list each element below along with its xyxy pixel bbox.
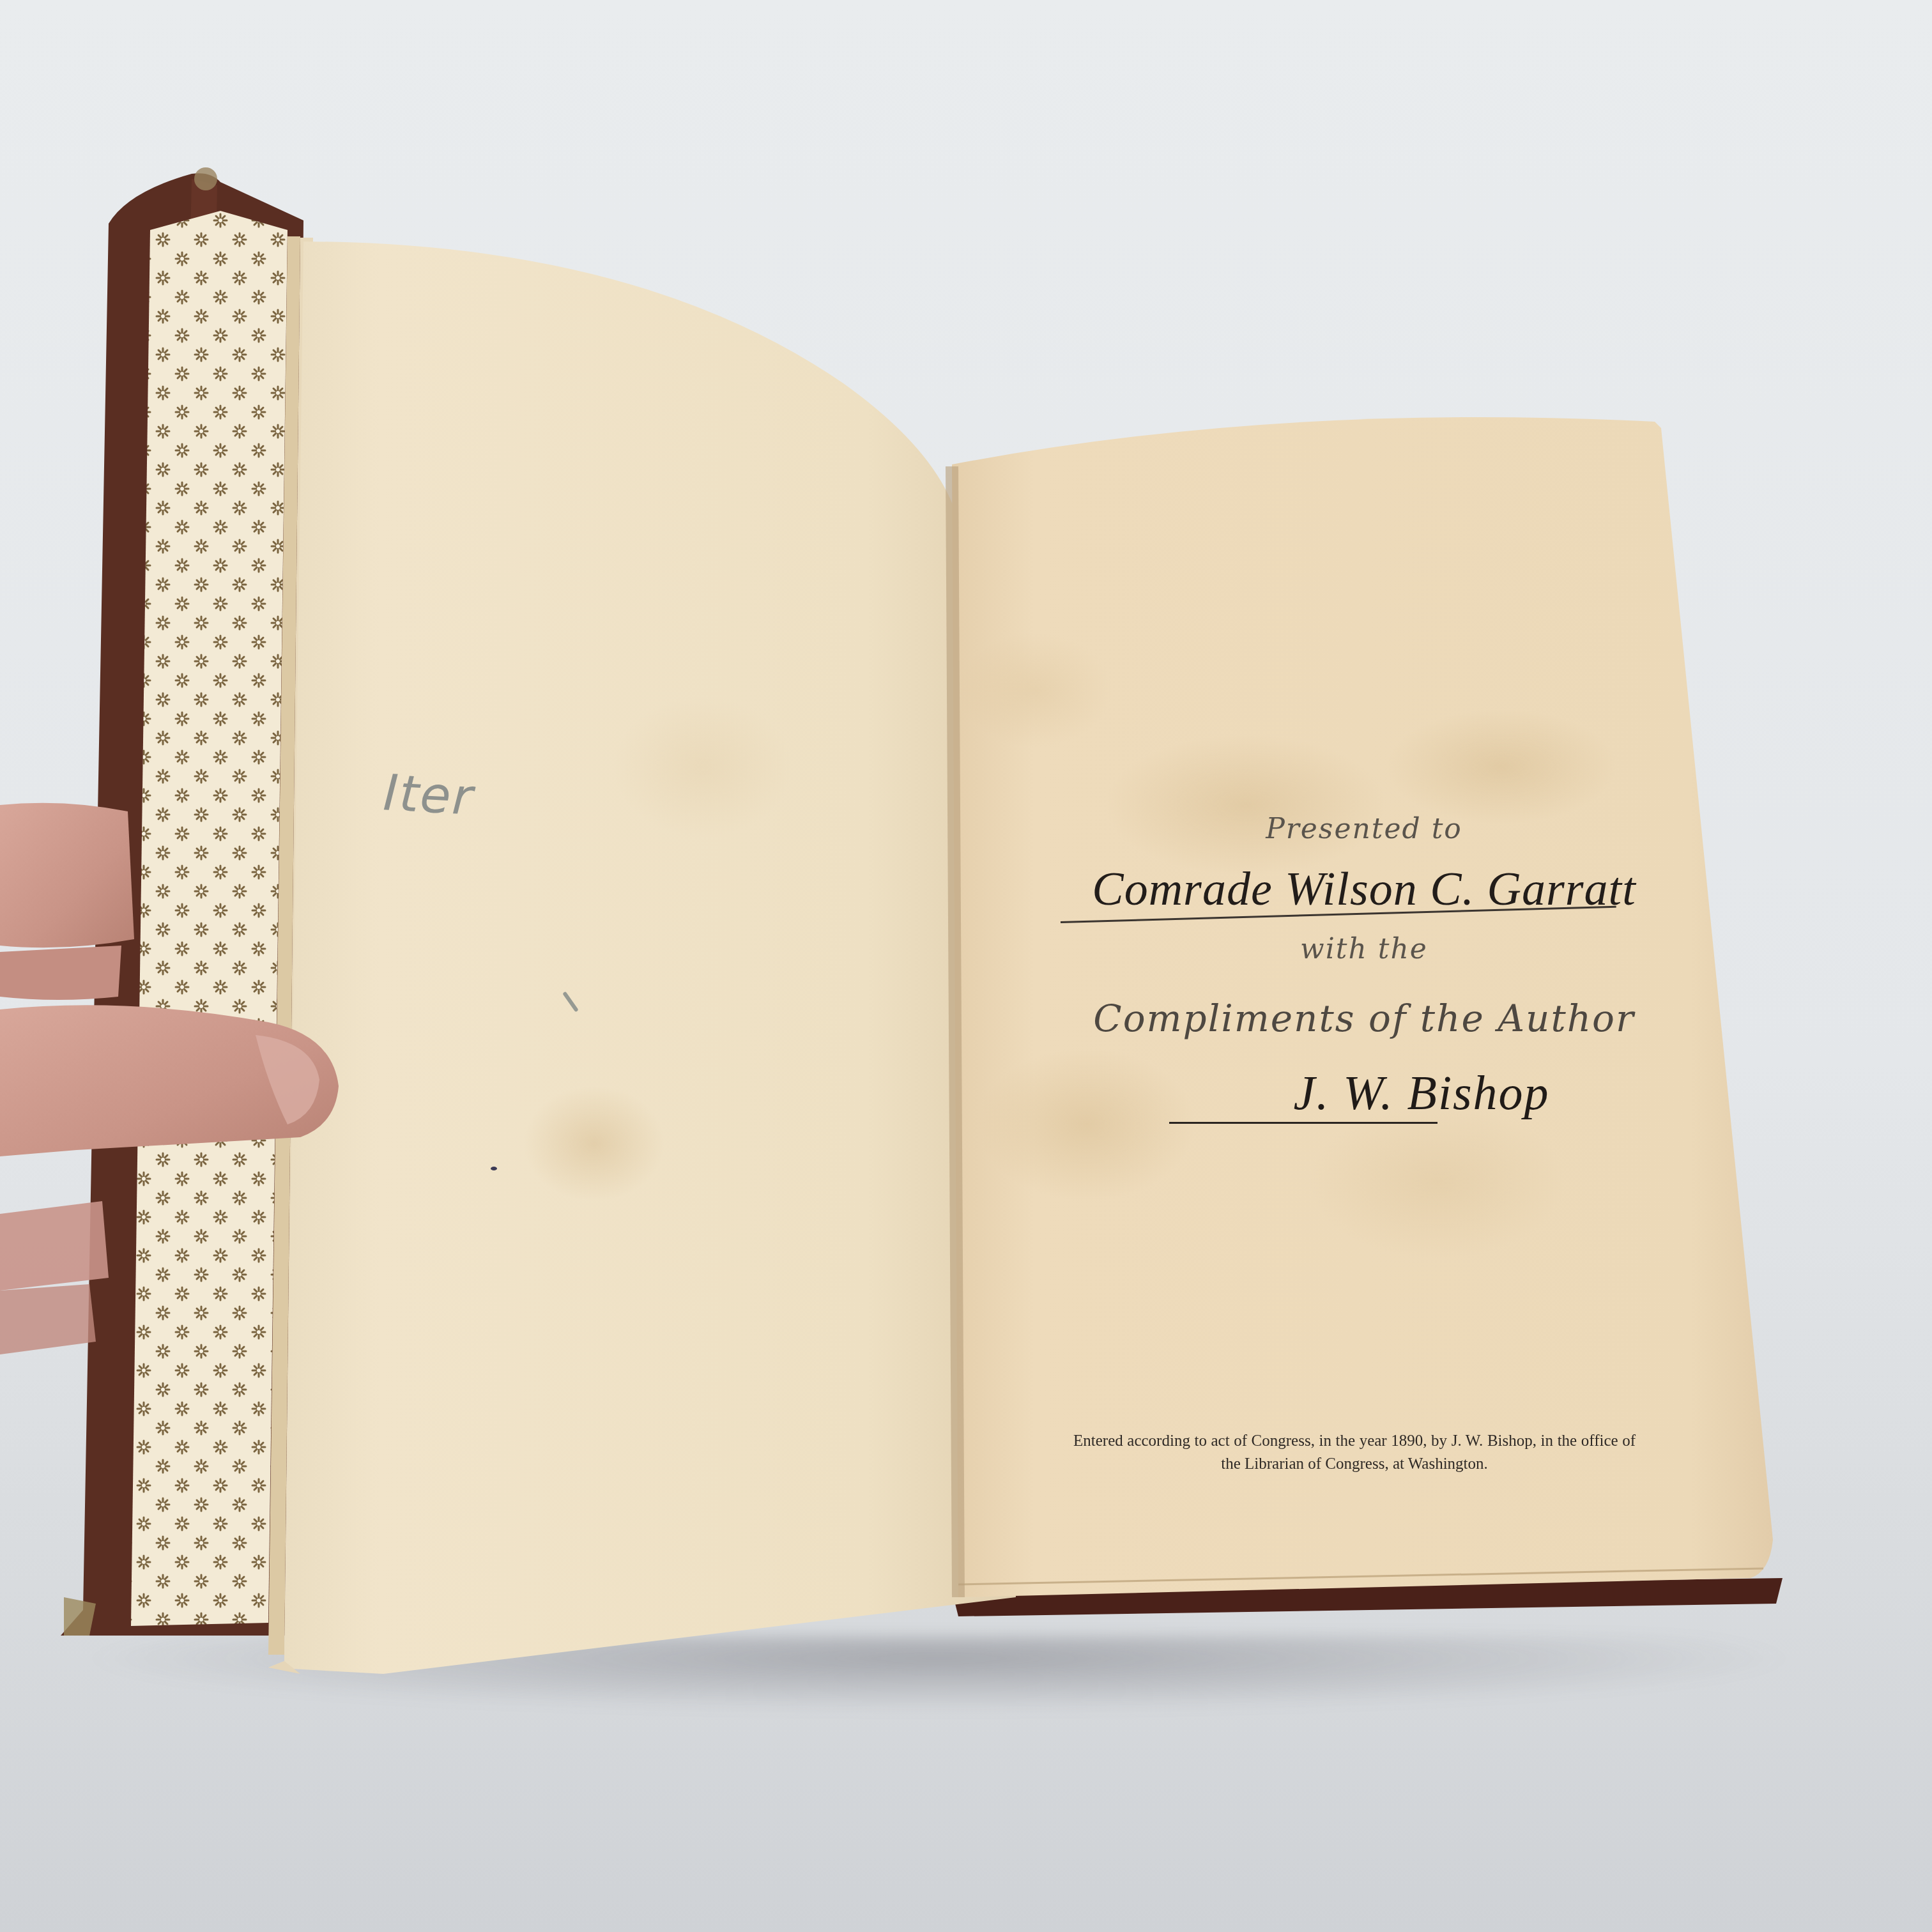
ink-dot-mark: [491, 1167, 497, 1170]
pencil-inscription: Iter: [382, 764, 475, 826]
compliments-label: Compliments of the Author: [952, 997, 1776, 1040]
signature-underline: [1169, 1122, 1437, 1124]
photo-scene: Iter Presented to Comrade Wilson C. Garr…: [0, 0, 1932, 1932]
recipient-name: Comrade Wilson C. Garratt: [952, 862, 1776, 917]
presented-to-label: Presented to: [952, 813, 1776, 845]
with-the-label: with the: [952, 933, 1776, 965]
presentation-inscription: Presented to Comrade Wilson C. Garratt w…: [952, 422, 1776, 1610]
patterned-endpaper: [131, 211, 287, 1626]
copyright-notice: Entered according to act of Congress, in…: [1073, 1430, 1636, 1476]
author-signature: J. W. Bishop: [1009, 1066, 1834, 1121]
left-flyleaf-page: [268, 241, 1016, 1674]
